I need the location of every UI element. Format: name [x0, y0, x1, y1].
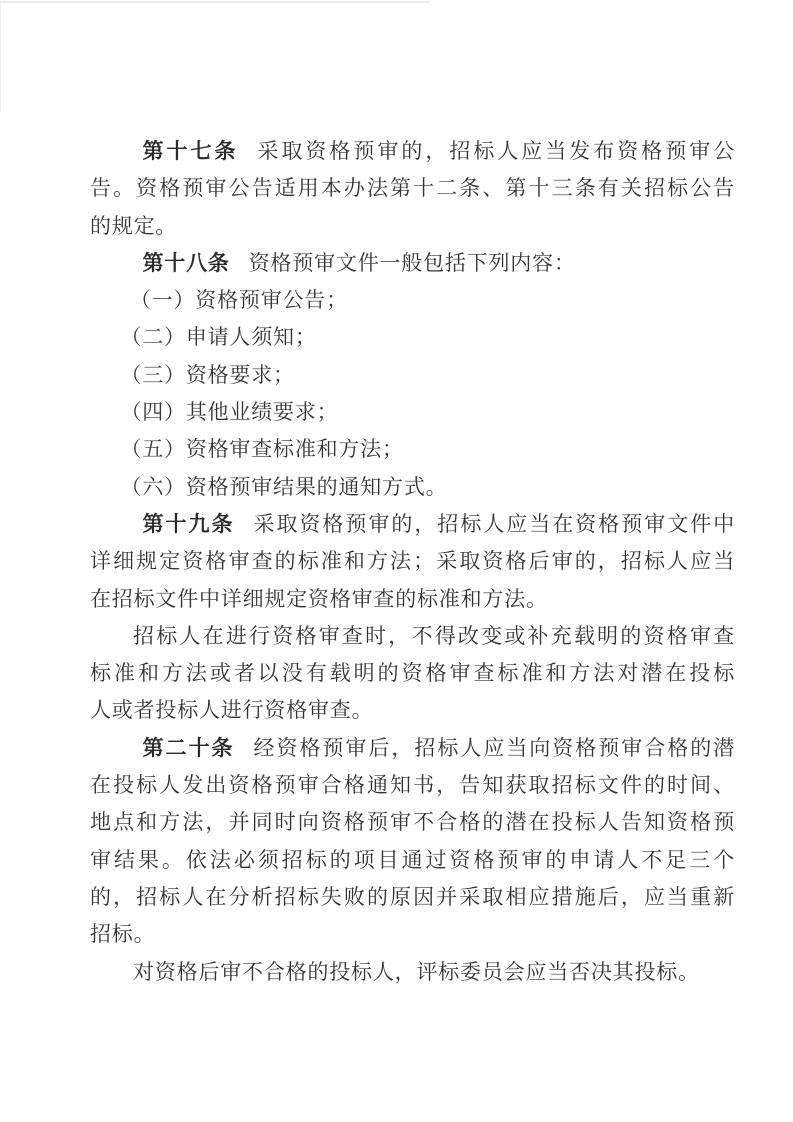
list-item-5: （五）资格审查标准和方法； — [90, 431, 735, 468]
text-line: 的，招标人在分析招标失败的原因并采取相应措施后，应当重新 — [90, 879, 735, 916]
text-line: 招标人在进行资格审查时，不得改变或补充载明的资格审查 — [90, 618, 735, 655]
text-line: 第二十条经资格预审后，招标人应当向资格预审合格的潜 — [90, 730, 735, 767]
line-text: 标准和方法或者以没有载明的资格审查标准和方法对潜在投标 — [90, 661, 735, 685]
document-page: 第十七条采取资格预审的，招标人应当发布资格预审公告。资格预审公告适用本办法第十二… — [0, 0, 793, 1122]
paragraph-review-rules: 招标人在进行资格审查时，不得改变或补充载明的资格审查标准和方法或者以没有载明的资… — [90, 618, 735, 730]
line-text: 在投标人发出资格预审合格通知书，告知获取招标文件的时间、 — [90, 773, 735, 797]
text-line: 第十七条采取资格预审的，招标人应当发布资格预审公 — [90, 133, 735, 170]
paragraph-post-qualification: 对资格后审不合格的投标人，评标委员会应当否决其投标。 — [90, 954, 735, 991]
text-line: （二）申请人须知； — [90, 319, 735, 356]
line-text: 对资格后审不合格的投标人，评标委员会应当否决其投标。 — [133, 960, 700, 984]
text-line: 审结果。依法必须招标的项目通过资格预审的申请人不足三个 — [90, 842, 735, 879]
line-text: （二）申请人须知； — [120, 325, 316, 349]
article-18: 第十八条资格预审文件一般包括下列内容： — [90, 245, 735, 282]
line-text: 经资格预审后，招标人应当向资格预审合格的潜 — [253, 736, 735, 760]
text-line: （五）资格审查标准和方法； — [90, 431, 735, 468]
line-text: 采取资格预审的，招标人应当发布资格预审公 — [257, 139, 735, 163]
article-number-label: 第十九条 — [143, 512, 235, 536]
line-text: 详细规定资格审查的标准和方法；采取资格后审的，招标人应当 — [90, 549, 735, 573]
line-text: 人或者投标人进行资格审查。 — [90, 698, 373, 722]
line-text: （三）资格要求； — [120, 363, 294, 387]
text-line: 在投标人发出资格预审合格通知书，告知获取招标文件的时间、 — [90, 767, 735, 804]
line-text: 资格预审文件一般包括下列内容： — [249, 251, 576, 275]
line-text: 招标人在进行资格审查时，不得改变或补充载明的资格审查 — [133, 624, 735, 648]
text-line: （一）资格预审公告； — [90, 282, 735, 319]
scan-edge-artifact-top — [0, 1, 430, 3]
list-item-1: （一）资格预审公告； — [90, 282, 735, 319]
text-line: 第十八条资格预审文件一般包括下列内容： — [90, 245, 735, 282]
text-line: 告。资格预审公告适用本办法第十二条、第十三条有关招标公告 — [90, 170, 735, 207]
line-text: 采取资格预审的，招标人应当在资格预审文件中 — [253, 512, 735, 536]
text-line: （四）其他业绩要求； — [90, 394, 735, 431]
text-line: 地点和方法，并同时向资格预审不合格的潜在投标人告知资格预 — [90, 804, 735, 841]
text-line: 招标。 — [90, 916, 735, 953]
text-line: 标准和方法或者以没有载明的资格审查标准和方法对潜在投标 — [90, 655, 735, 692]
text-line: 对资格后审不合格的投标人，评标委员会应当否决其投标。 — [90, 954, 735, 991]
text-line: 详细规定资格审查的标准和方法；采取资格后审的，招标人应当 — [90, 543, 735, 580]
line-text: 的，招标人在分析招标失败的原因并采取相应措施后，应当重新 — [90, 885, 735, 909]
line-text: （一）资格预审公告； — [130, 288, 348, 312]
article-number-label: 第十七条 — [143, 139, 239, 163]
line-text: 审结果。依法必须招标的项目通过资格预审的申请人不足三个 — [90, 848, 735, 872]
list-item-3: （三）资格要求； — [90, 357, 735, 394]
line-text: 招标。 — [90, 922, 155, 946]
line-text: （五）资格审查标准和方法； — [120, 437, 403, 461]
article-19: 第十九条采取资格预审的，招标人应当在资格预审文件中详细规定资格审查的标准和方法；… — [90, 506, 735, 618]
line-text: 的规定。 — [90, 214, 177, 238]
line-text: （四）其他业绩要求； — [120, 400, 338, 424]
text-line: 在招标文件中详细规定资格审查的标准和方法。 — [90, 581, 735, 618]
text-line: 人或者投标人进行资格审查。 — [90, 692, 735, 729]
line-text: 地点和方法，并同时向资格预审不合格的潜在投标人告知资格预 — [90, 810, 735, 834]
document-text-block: 第十七条采取资格预审的，招标人应当发布资格预审公告。资格预审公告适用本办法第十二… — [90, 133, 735, 991]
list-item-4: （四）其他业绩要求； — [90, 394, 735, 431]
article-number-label: 第十八条 — [143, 251, 230, 275]
line-text: 在招标文件中详细规定资格审查的标准和方法。 — [90, 587, 548, 611]
text-line: 的规定。 — [90, 208, 735, 245]
article-20: 第二十条经资格预审后，招标人应当向资格预审合格的潜在投标人发出资格预审合格通知书… — [90, 730, 735, 954]
list-item-2: （二）申请人须知； — [90, 319, 735, 356]
text-line: （六）资格预审结果的通知方式。 — [90, 469, 735, 506]
line-text: 告。资格预审公告适用本办法第十二条、第十三条有关招标公告 — [90, 176, 735, 200]
scan-edge-artifact-left — [0, 2, 1, 112]
text-line: 第十九条采取资格预审的，招标人应当在资格预审文件中 — [90, 506, 735, 543]
line-text: （六）资格预审结果的通知方式。 — [120, 475, 447, 499]
list-item-6: （六）资格预审结果的通知方式。 — [90, 469, 735, 506]
article-17: 第十七条采取资格预审的，招标人应当发布资格预审公告。资格预审公告适用本办法第十二… — [90, 133, 735, 245]
article-number-label: 第二十条 — [143, 736, 235, 760]
text-line: （三）资格要求； — [90, 357, 735, 394]
